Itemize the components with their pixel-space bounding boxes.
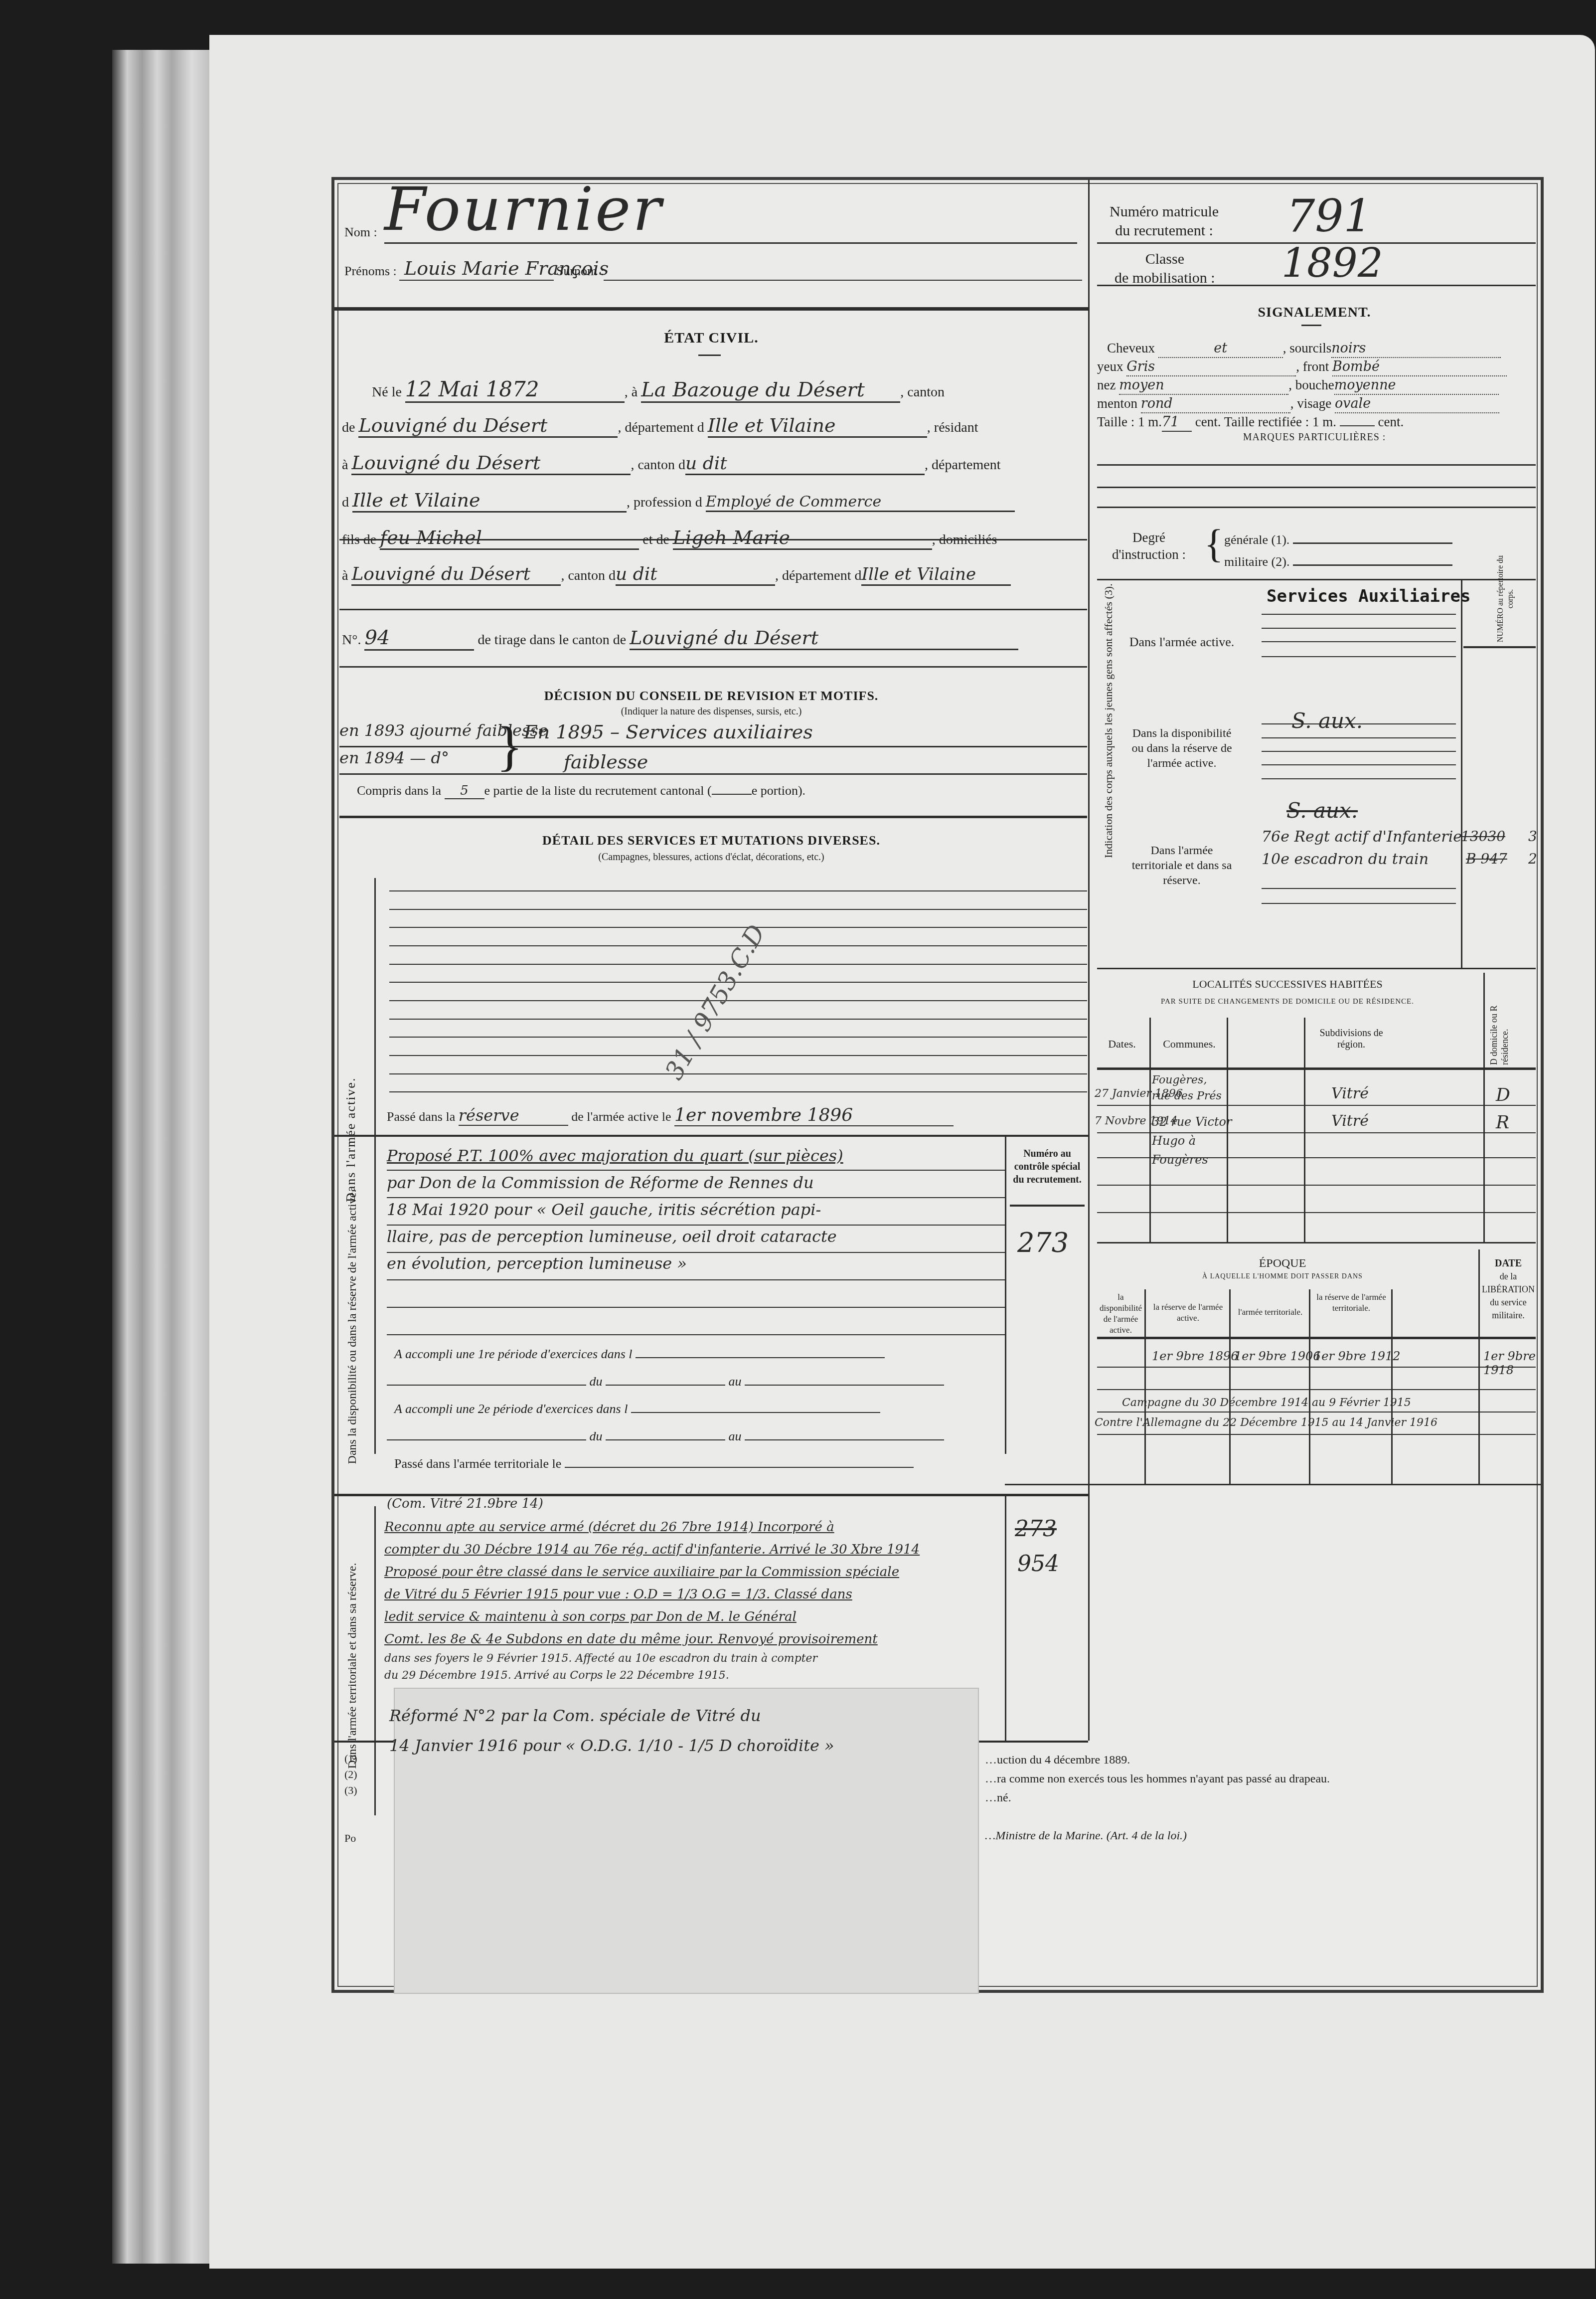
reserve-entry-line: par Don de la Commission de Réforme de R… [387,1169,843,1196]
decision-line-1-right: En 1895 – Services auxiliaires [524,721,813,743]
residence: Louvigné du Désert [351,452,631,475]
degre-label: Degré [1112,529,1186,546]
domicile-residence-label: D domicile ou R résidence. [1488,990,1510,1065]
localite-type-1: D [1496,1085,1510,1105]
parents-canton: u dit [616,564,775,586]
campagne-line-2: Contre l'Allemagne du 22 Décembre 1915 a… [1095,1416,1437,1429]
reserve-entry-line: Proposé P.T. 100% avec majoration du qua… [387,1142,843,1169]
col-dates: Dates. [1097,1038,1147,1051]
territoriale-entry-line: dans ses foyers le 9 Février 1915. Affec… [384,1651,920,1667]
decision-title: DÉCISION DU CONSEIL DE REVISION ET MOTIF… [334,689,1088,704]
territoriale-entry-line: ledit service & maintenu à son corps par… [384,1606,920,1628]
parents-departement: Ille et Vilaine [861,564,1011,586]
footnote-line-1: …uction du 4 décembre 1889. [985,1751,1330,1769]
territoriale-entry: Reconnu apte au service armé (décret du … [384,1516,920,1685]
footnote-line-5: …Ministre de la Marine. (Art. 4 de la lo… [985,1826,1330,1845]
corps-territoriale-label: Dans l'armée territoriale et dans sa rés… [1127,843,1237,888]
epoque-title: ÉPOQUE [1088,1257,1477,1270]
periode-1-line: A accompli une 1re période d'exercices d… [394,1347,885,1362]
epoque-col-reserve-active: la réserve de l'armée active. [1147,1302,1229,1324]
compris-line: Compris dans la 5e partie de la liste du… [357,783,805,799]
localite-subdivision-1: Vitré [1331,1085,1369,1102]
localite-subdivision-2: Vitré [1331,1112,1369,1130]
localites-subtitle: PAR SUITE DE CHANGEMENTS DE DOMICILE OU … [1088,998,1487,1006]
menton-value: rond [1141,395,1290,413]
corps-number-1-struck: 13030 [1461,828,1505,845]
footnote-po: Po [344,1830,357,1846]
decision-subtitle: (Indiquer la nature des dispenses, sursi… [334,706,1088,717]
tirage-line: N°. 94 de tirage dans le canton de Louvi… [342,626,1018,651]
birth-canton-line: de Louvigné du Désert, département d Ill… [342,414,978,438]
periode-2-dates: du au [387,1429,944,1444]
epoque-col-reserve-territoriale: la réserve de l'armée territoriale. [1311,1292,1391,1314]
birth-canton: Louvigné du Désert [358,414,618,438]
liberation-title: DATE [1481,1257,1536,1270]
epoque-col-disponibilite: la disponibilité de l'armée active. [1097,1292,1144,1336]
periode-1-dates: du au [387,1374,944,1389]
reserve-entry: Proposé P.T. 100% avec majoration du qua… [387,1142,843,1277]
reforme-line: Réformé N°2 par la Com. spéciale de Vitr… [389,1701,834,1731]
mother-name: Ligeh Marie [673,527,932,550]
reserve-entry-line: llaire, pas de perception lumineuse, oei… [387,1223,843,1250]
reserve-entry-line: 18 Mai 1920 pour « Oeil gauche, iritis s… [387,1196,843,1223]
matricule-value: 791 [1286,190,1372,242]
reforme-line: 14 Janvier 1916 pour « O.D.G. 1/10 - 1/5… [389,1731,834,1761]
portion-value [712,794,752,795]
residence-line: à Louvigné du Désert, canton du dit, dép… [342,452,1000,475]
corps-vertical-label: Indication des corps auxquels les jeunes… [1102,583,1115,858]
campagne-line-1: Campagne du 30 Décembre 1914 au 9 Févrie… [1122,1397,1411,1409]
localite-commune-2: 32 rue Victor Hugo à Fougères [1152,1112,1242,1169]
passe-reserve-line: Passé dans la réserve de l'armée active … [387,1105,954,1126]
corps-disponibilite-value: S. aux. [1291,708,1363,733]
periode-2-line: A accompli une 2e période d'exercices da… [394,1402,880,1416]
name-label: Nom : [344,225,377,240]
firstnames-label: Prénoms : [344,264,397,279]
matricule-label-2: du recrutement : [1110,221,1219,240]
etat-civil-title: ÉTAT CIVIL. [334,330,1088,347]
services-auxiliaires-stamp: Services Auxiliaires [1267,586,1470,606]
commission-note: (Com. Vitré 21.9bre 14) [387,1496,543,1511]
epoque-reserve-territoriale-value: 1er 9bre 1912 [1314,1349,1401,1363]
instruction-generale-value [1293,542,1452,544]
degre-label-2: d'instruction : [1112,546,1186,563]
signalement-title: SIGNALEMENT. [1088,305,1541,321]
classe-value: 1892 [1281,240,1383,286]
services-subtitle: (Campagnes, blessures, actions d'éclat, … [334,852,1088,863]
reforme-entry: Réformé N°2 par la Com. spéciale de Vitr… [389,1701,834,1761]
residence-departement: Ille et Vilaine [352,489,627,513]
corps-number-2-struck: B 947 [1466,851,1507,867]
corps-territoriale-line-1: 76e Regt actif d'Infanterie [1262,828,1462,846]
epoque-col-territoriale: l'armée territoriale. [1232,1307,1309,1318]
decision-line-2-left: en 1894 — d° [339,748,449,767]
birthplace: La Bazouge du Désert [641,378,900,403]
taille-value: 71 [1162,414,1192,432]
sourcils-value: noirs [1331,340,1501,358]
classe-label: Classe [1115,250,1215,269]
epoque-reserve-active-value: 1er 9bre 1896 [1152,1349,1239,1363]
degre-brace: { [1204,524,1223,564]
territoriale-entry-line: Proposé pour être classé dans le service… [384,1561,920,1584]
territoriale-entry-line: Reconnu apte au service armé (décret du … [384,1516,920,1539]
localite-commune-1: Fougères, rue des Prés [1152,1072,1227,1104]
taille-rectifiee-value [1340,425,1375,426]
father-name: feu Michel [380,527,639,550]
territoriale-entry-line: du 29 Décembre 1915. Arrivé au Corps le … [384,1667,920,1685]
front-value: Bombé [1332,358,1507,376]
numero-controle-value: 273 [1017,1227,1069,1258]
footnote-marker-1: (1) [344,1751,357,1767]
instruction-militaire-value [1293,564,1452,566]
matricule-label: Numéro matricule [1110,202,1219,221]
cheveux-value: et [1158,340,1283,358]
birth-line: Né le 12 Mai 1872, à La Bazouge du Déser… [372,377,945,403]
liberation-label: de la LIBÉRATION du service militaire. [1481,1270,1536,1322]
decision-line-2-right: faiblesse [564,751,648,773]
footnote-marker-3: (3) [344,1782,357,1798]
name-value: Fournier [384,175,663,244]
footnote-marker-2: (2) [344,1767,357,1782]
parents-residence-line: à Louvigné du Désert, canton du dit, dép… [342,564,1011,586]
corps-active-label: Dans l'armée active. [1127,634,1237,651]
localites-title: LOCALITÉS SUCCESSIVES HABITÉES [1088,978,1487,991]
signalement-fields: Cheveux et, sourcilsnoirs yeux Gris, fro… [1107,340,1507,432]
nez-value: moyen [1119,377,1288,395]
parents-residence: Louvigné du Désert [351,564,561,586]
reserve-entry-line: en évolution, perception lumineuse » [387,1250,843,1277]
passe-territoriale-line: Passé dans l'armée territoriale le [394,1456,914,1471]
footnote-line-3: …né. [985,1788,1330,1807]
profession: Employé de Commerce [706,493,1015,512]
corps-disponibilite-label: Dans la disponibilité ou dans la réserve… [1127,726,1237,771]
corps-territoriale-line-2: 10e escadron du train [1262,851,1429,868]
marques-title: MARQUES PARTICULIÈRES : [1088,432,1541,443]
bouche-value: moyenne [1334,377,1499,395]
epoque-subtitle: À LAQUELLE L'HOMME DOIT PASSER DANS [1088,1273,1477,1281]
col-communes: Communes. [1152,1038,1227,1051]
numero-repertoire-label: NUMÉRO au répertoire du corps. [1496,554,1516,644]
footnote-line-2: …ra comme non exercés tous les hommes n'… [985,1769,1330,1788]
liberation-value: 1er 9bre 1918 [1483,1349,1541,1377]
book-page-edges [112,50,212,2264]
col-subdivisions: Subdivisions de région. [1306,1028,1396,1051]
passe-reserve-date: 1er novembre 1896 [674,1105,954,1126]
passe-territoriale-value [565,1467,914,1468]
visage-value: ovale [1335,395,1499,413]
numero-controle-label: Numéro au contrôle spécial du recrutemen… [1010,1147,1085,1186]
territoriale-entry-line: de Vitré du 5 Février 1915 pour vue : O.… [384,1584,920,1606]
services-title: DÉTAIL DES SERVICES ET MUTATIONS DIVERSE… [334,833,1088,848]
numero-value: 954 [1017,1551,1059,1577]
passe-reserve-value: réserve [459,1106,568,1126]
surnom-label: Surnom : [556,264,604,279]
birth-date: 12 Mai 1872 [405,377,625,403]
territoriale-entry-line: Comt. les 8e & 4e Subdons en date du mêm… [384,1628,920,1651]
side-label-reserve: Dans la disponibilité ou dans la réserve… [344,1157,360,1496]
numero-value-struck: 273 [1015,1516,1057,1542]
localite-type-2: R [1496,1112,1509,1133]
tirage-number: 94 [364,626,474,651]
residence-canton: u dit [685,453,925,475]
compris-value: 5 [445,783,484,799]
tirage-canton: Louvigné du Désert [630,627,1018,650]
epoque-territoriale-value: 1er 9bre 1906 [1234,1349,1321,1363]
corps-number-2: 2 [1528,851,1537,867]
archive-annotation: 31 / 9753.C.D [659,920,771,1084]
profession-line: d Ille et Vilaine, profession d Employé … [342,489,1015,513]
corps-number-1: 3 [1528,828,1537,845]
corps-territoriale-struck: S. aux. [1286,798,1358,823]
birth-departement: Ille et Vilaine [708,414,927,438]
yeux-value: Gris [1126,358,1296,376]
territoriale-entry-line: compter du 30 Décbre 1914 au 76e rég. ac… [384,1539,920,1561]
parents-line: fils de feu Michel et de Ligeh Marie, do… [342,527,997,550]
